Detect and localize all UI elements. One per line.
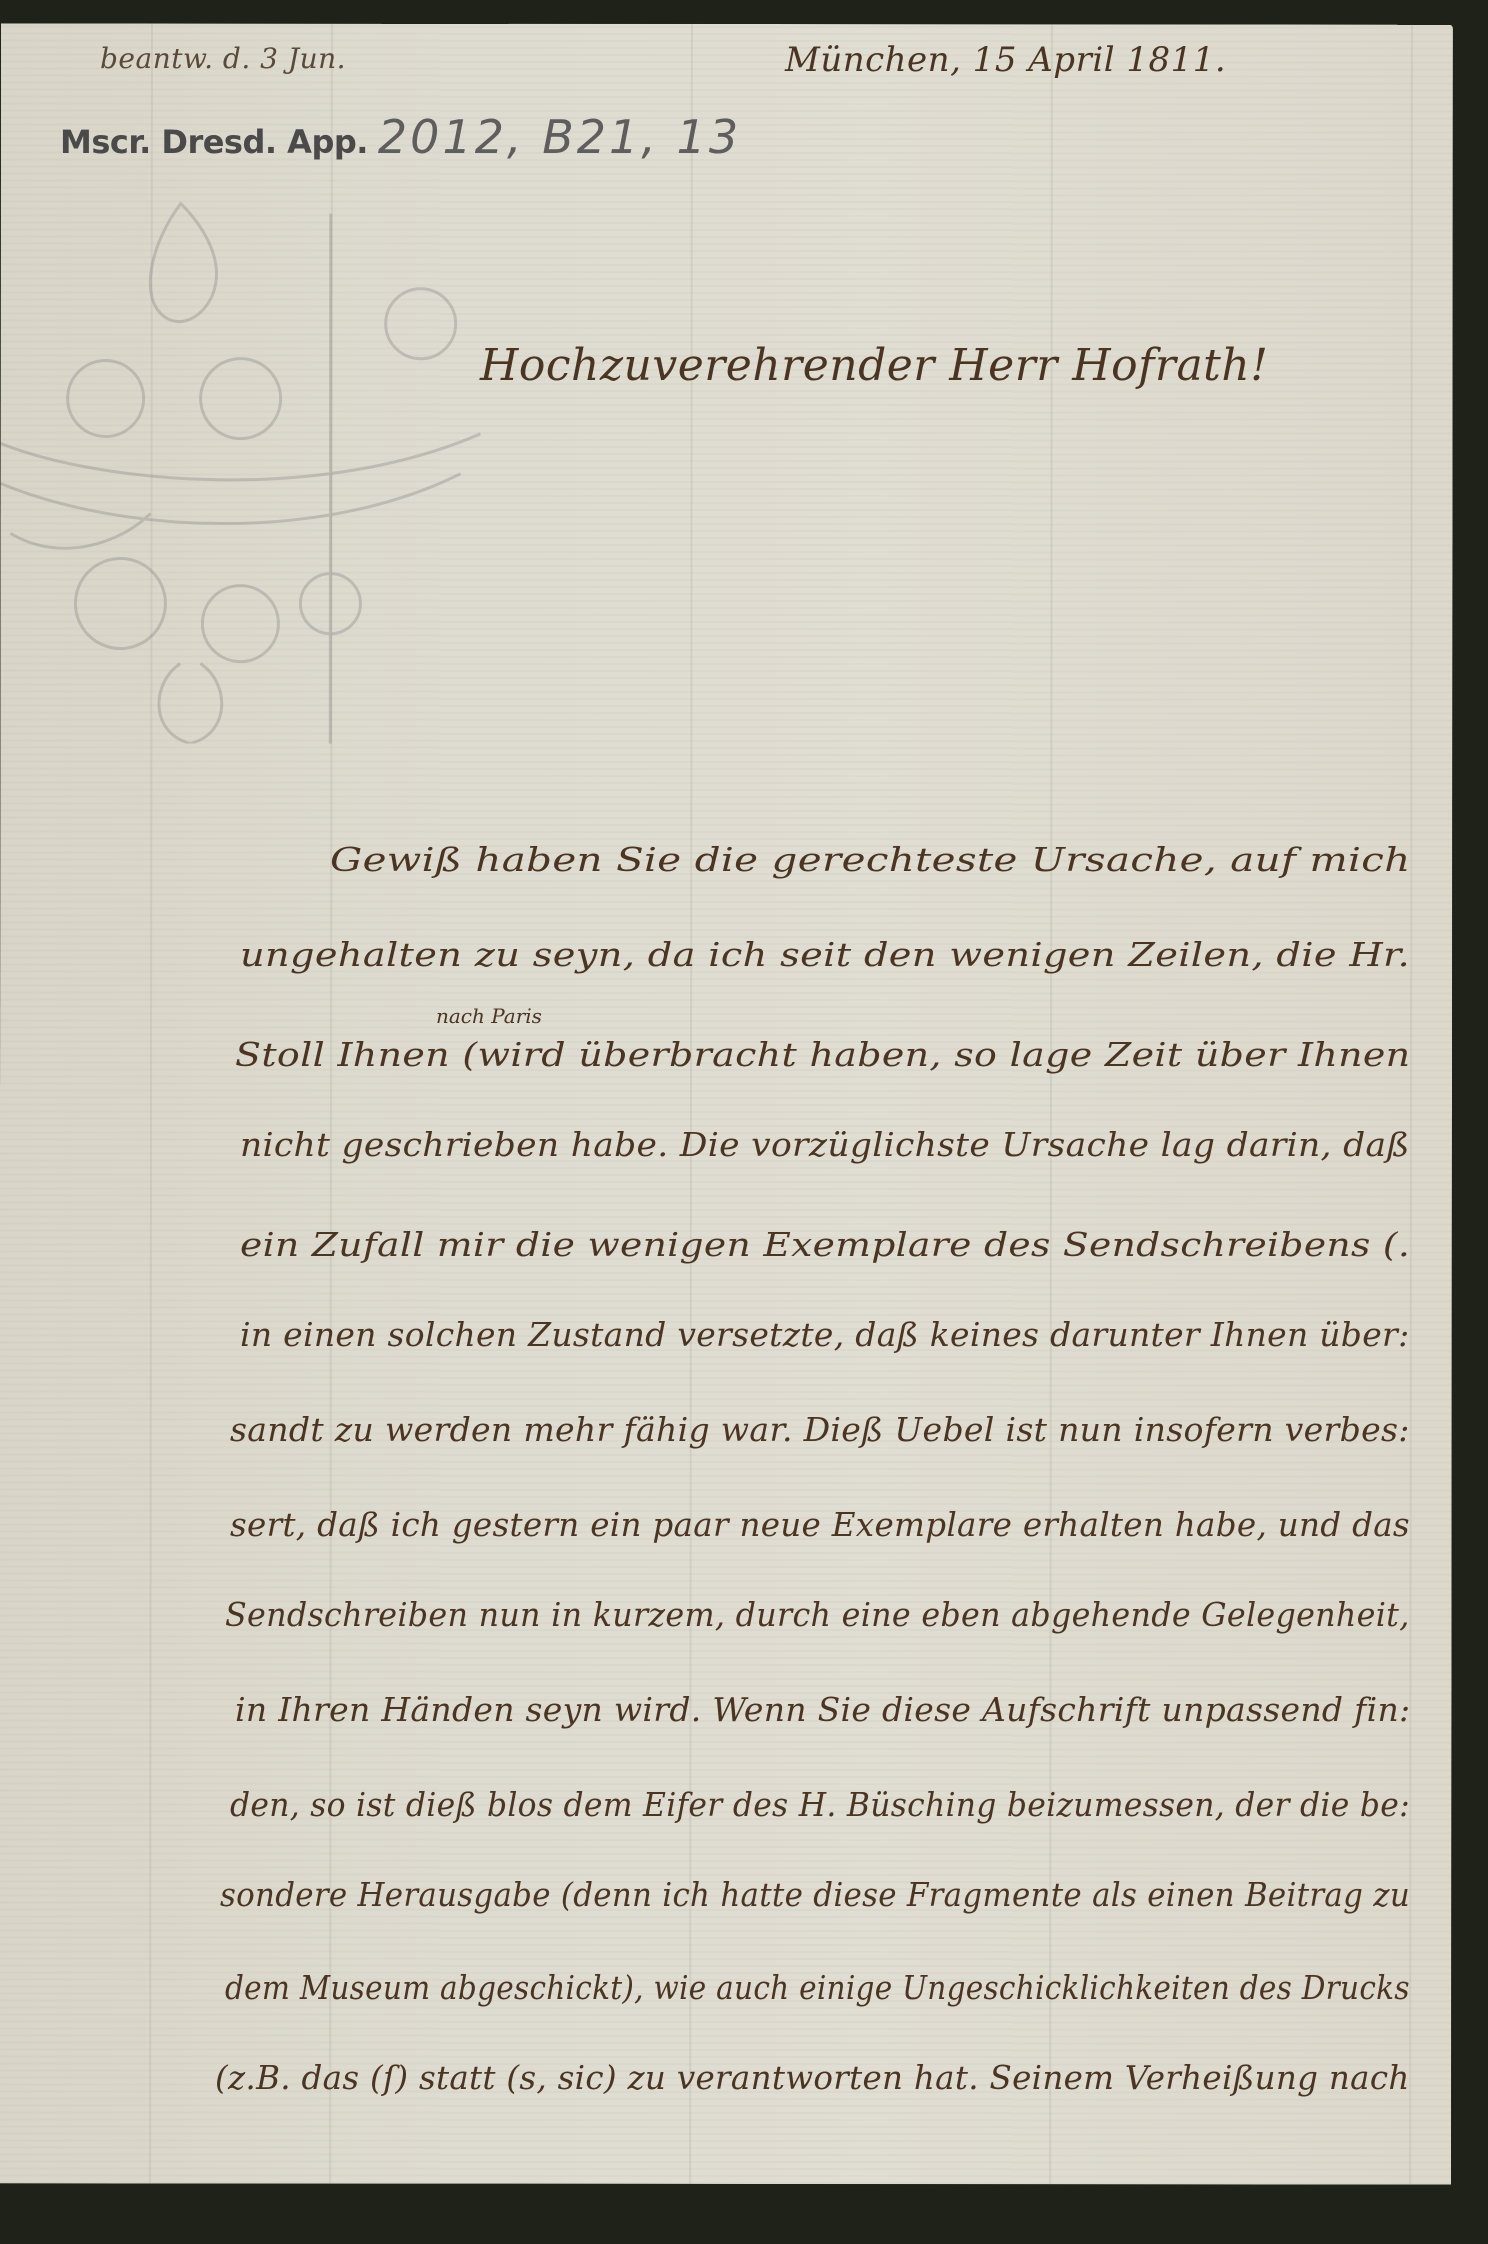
manuscript-scan: beantw. d. 3 Jun. München, 15 April 1811…: [0, 0, 1488, 2244]
body-line: sert, daß ich gestern ein paar neue Exem…: [230, 1505, 1410, 1544]
body-line: in Ihren Händen seyn wird. Wenn Sie dies…: [235, 1690, 1410, 1729]
body-line: sondere Herausgabe (denn ich hatte diese…: [220, 1875, 1410, 1914]
body-line: (z.B. das (ſ) statt (s, sic) zu verantwo…: [215, 2058, 1410, 2097]
body-line: ungehalten zu seyn, da ich seit den weni…: [240, 935, 1410, 974]
body-line: ein Zufall mir die wenigen Exemplare des…: [240, 1225, 1410, 1264]
body-line: Stoll Ihnen (wird überbracht haben, so l…: [235, 1035, 1410, 1074]
body-line: nicht geschrieben habe. Die vorzüglichst…: [240, 1125, 1410, 1164]
body-line: dem Museum abgeschickt), wie auch einige…: [225, 1968, 1410, 2007]
body-line: Gewiß haben Sie die gerechteste Ursache,…: [330, 840, 1411, 879]
letter-body: Gewiß haben Sie die gerechteste Ursache,…: [0, 0, 1488, 2244]
body-line: den, so ist dieß blos dem Eifer des H. B…: [230, 1785, 1410, 1824]
body-line: sandt zu werden mehr fähig war. Dieß Ueb…: [230, 1410, 1410, 1449]
body-line: in einen solchen Zustand versetzte, daß …: [240, 1315, 1410, 1354]
body-line: Sendschreiben nun in kurzem, durch eine …: [225, 1595, 1410, 1634]
